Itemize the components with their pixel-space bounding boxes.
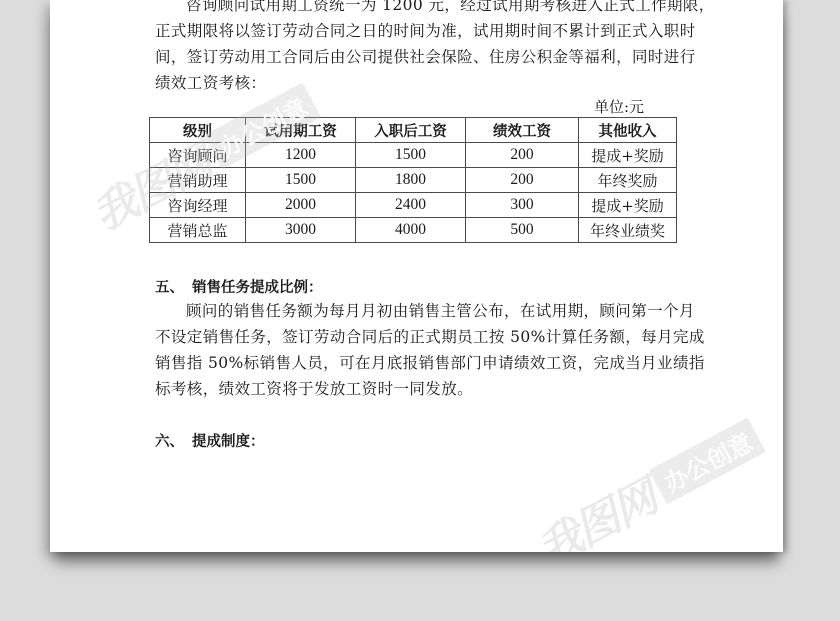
cell-regular: 2400 — [356, 193, 466, 218]
cell-level: 咨询经理 — [150, 193, 246, 218]
table-row: 营销总监 3000 4000 500 年终业绩奖 — [150, 218, 677, 243]
section-6-title: 提成制度： — [192, 434, 265, 450]
header-level: 级别 — [150, 118, 246, 143]
section-5-number: 五、 — [155, 276, 192, 297]
cell-other: 年终业绩奖 — [579, 218, 677, 243]
section-6-number: 六、 — [155, 430, 192, 451]
intro-line-4: 绩效工资考核： — [155, 70, 675, 96]
section-6-heading: 六、提成制度： — [155, 430, 265, 451]
cell-other: 提成+奖励 — [579, 193, 677, 218]
cell-probation: 2000 — [246, 193, 356, 218]
intro-line-1: 咨询顾问试用期工资统一为 1200 元，经过试用期考核进入正式工作期限， — [155, 0, 675, 18]
header-probation-salary: 试用期工资 — [246, 118, 356, 143]
header-regular-salary: 入职后工资 — [356, 118, 466, 143]
header-performance-salary: 绩效工资 — [466, 118, 579, 143]
intro-paragraph: 咨询顾问试用期工资统一为 1200 元，经过试用期考核进入正式工作期限， 正式期… — [155, 0, 675, 96]
cell-regular: 1800 — [356, 168, 466, 193]
watermark-logo-text: 我图网 — [524, 462, 665, 552]
table-header-row: 级别 试用期工资 入职后工资 绩效工资 其他收入 — [150, 118, 677, 143]
section-5-line-1: 顾问的销售任务额为每月月初由销售主管公布，在试用期，顾问第一个月 — [155, 298, 675, 324]
section-5-line-3: 销售指 50%标销售人员，可在月底报销售部门申请绩效工资，完成当月业绩指 — [155, 350, 675, 376]
unit-label: 单位:元 — [594, 96, 644, 117]
table-row: 咨询经理 2000 2400 300 提成+奖励 — [150, 193, 677, 218]
section-5-line-4: 标考核，绩效工资将于发放工资时一同发放。 — [155, 376, 675, 402]
cell-probation: 1200 — [246, 143, 356, 168]
cell-probation: 3000 — [246, 218, 356, 243]
header-other-income: 其他收入 — [579, 118, 677, 143]
cell-performance: 300 — [466, 193, 579, 218]
document-page: 咨询顾问试用期工资统一为 1200 元，经过试用期考核进入正式工作期限， 正式期… — [50, 0, 783, 552]
cell-probation: 1500 — [246, 168, 356, 193]
table-row: 咨询顾问 1200 1500 200 提成+奖励 — [150, 143, 677, 168]
intro-line-3: 间，签订劳动用工合同后由公司提供社会保险、住房公积金等福利，同时进行 — [155, 44, 675, 70]
cell-performance: 200 — [466, 143, 579, 168]
cell-regular: 1500 — [356, 143, 466, 168]
watermark-badge: 办公创意 — [649, 417, 766, 504]
section-5-line-2: 不设定销售任务，签订劳动合同后的正式期员工按 50%计算任务额，每月完成 — [155, 324, 675, 350]
cell-level: 咨询顾问 — [150, 143, 246, 168]
cell-level: 营销总监 — [150, 218, 246, 243]
intro-line-2: 正式期限将以签订劳动合同之日的时间为准，试用期时间不累计到正式入职时 — [155, 18, 675, 44]
table-row: 营销助理 1500 1800 200 年终奖励 — [150, 168, 677, 193]
section-5-heading: 五、销售任务提成比例： — [155, 276, 323, 297]
cell-other: 年终奖励 — [579, 168, 677, 193]
watermark-bottom: 我图网 办公创意 — [524, 406, 771, 552]
cell-performance: 200 — [466, 168, 579, 193]
cell-other: 提成+奖励 — [579, 143, 677, 168]
salary-table: 级别 试用期工资 入职后工资 绩效工资 其他收入 咨询顾问 1200 1500 … — [149, 117, 677, 243]
cell-level: 营销助理 — [150, 168, 246, 193]
cell-regular: 4000 — [356, 218, 466, 243]
cell-performance: 500 — [466, 218, 579, 243]
section-5-title: 销售任务提成比例： — [192, 280, 323, 296]
section-5-paragraph: 顾问的销售任务额为每月月初由销售主管公布，在试用期，顾问第一个月 不设定销售任务… — [155, 298, 675, 402]
